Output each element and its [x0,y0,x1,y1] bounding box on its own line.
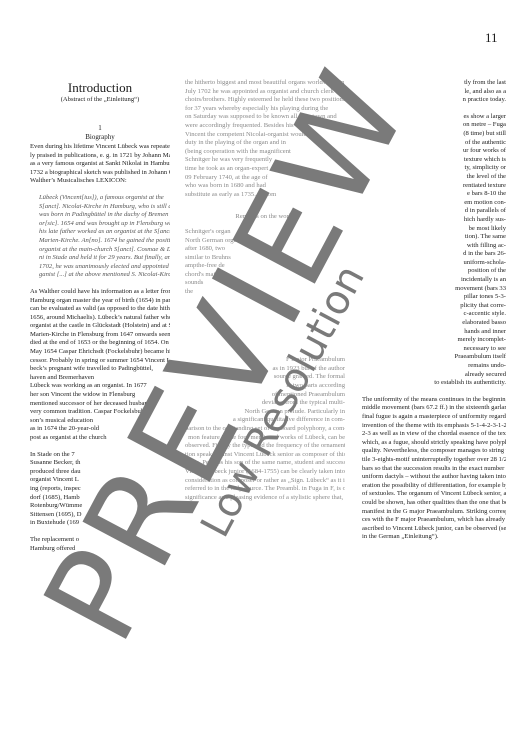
text-line: of mentioned Praeambulum [185,391,345,400]
introduction-subtitle: (Abstract of the „Einleitung“) [30,95,170,104]
text-line: uniform dactyls – without the author hav… [362,473,506,482]
quote-line: ganist [...] at the above mentioned S. N… [39,271,170,280]
text-line: on Saturday was supposed to be known all… [185,113,345,122]
text-line: Vincent Lübeck junior (1684-1755) can be… [185,468,345,477]
text-line: em motion con- [362,199,506,208]
text-line: North German prelude. Particularly in [185,408,345,417]
quote-line: his late father worked as an organist at… [39,228,170,237]
text-line: Vincent the competent Nicolai-organist w… [185,131,345,140]
text-line: 1732 a biographical sketch was published… [30,169,170,178]
text-line: quality. Nevertheless, the composer mana… [362,447,506,456]
text-line: a significant qualitative difference in … [185,416,345,425]
text-line: choirs/brothers. Highly esteemed he held… [185,96,345,105]
text-line: as in 1674 the 20-year-old [30,425,170,434]
text-line: in Buxtehude (169 [30,519,170,528]
section-title-biography: Biography [30,133,170,142]
block-quote-walther: Lübeck (Vincent[ius]), a famous organist… [30,194,170,280]
text-line: the level of the [362,173,506,182]
text-line: final fugue is again a masterpiece of un… [362,413,506,422]
text-line: 09 February 1740, at the age of [185,174,345,183]
text-line: substitute as early as 1735. Recom [185,191,345,200]
text-line: Schnitger he was very frequently [185,156,345,165]
text-line: be most likely [362,225,506,234]
text-line: ly praised in publications, e. g. in 172… [30,152,170,161]
page-number: 11 [485,30,498,46]
text-line: who was born in 1680 and had [185,182,345,191]
text-line: of the authentic [362,139,506,148]
text-line: May 1654 Caspar Ehrichsdt (Fockelsbuhr) … [30,348,170,357]
text-line: ascribed to Vincent Lübeck junior, can b… [362,525,506,534]
text-line: beck’s pregnant wife travelled to Pading… [30,365,170,374]
text-line: ces with the F major Praeambulum, which … [362,516,506,525]
text-line: d in the bars 26- [362,250,506,259]
paragraph-birth-year: As Walther could have his information as… [30,288,170,443]
text-line: Rotenburg/Wümme [30,502,170,511]
text-line: bars so that the succession results in t… [362,465,506,474]
text-line: As Walther could have his information as… [30,288,170,297]
text-line: d in parallels of [362,207,506,216]
text-line: in two parts according [185,382,345,391]
text-line: Sittensen (1695), D [30,511,170,520]
text-line: of sextuoles. The organum of Vincent Lüb… [362,490,506,499]
text-line: ing (reports, inspec [30,485,170,494]
text-line: Susanne Becker, th [30,459,170,468]
text-line: es show a larger [362,113,506,122]
text-line: dorf (1685), Hamb [30,494,170,503]
text-line: were accordingly frequented. Besides his… [185,122,345,131]
text-line: can be evaluated as valid (as opposed to… [30,305,170,314]
paragraph-right-1: tly from the last le, and also as a n pr… [362,79,506,105]
introduction-heading: Introduction (Abstract of the „Einleitun… [30,80,170,104]
text-line: could be shown, has other qualities than… [362,499,506,508]
text-line: with filling ac- [362,242,506,251]
text-line: hich hardly sus- [362,216,506,225]
text-line: ur four works of [362,147,506,156]
text-line: remains undo- [362,362,506,371]
text-line: the hitherto biggest and most beautiful … [185,79,345,88]
text-line: The replacement o [30,536,170,545]
text-line: pillar tones 5-3- [362,293,506,302]
paragraph-f-major-praeambulum: F major Praeambulum as in 1923 but of th… [185,356,345,502]
quote-line: Marien-Kirche. An[no]. 1674 he gained th… [39,237,170,246]
introduction-title: Introduction [30,80,170,95]
text-line: F major Praeambulum [185,356,345,365]
quote-line: was born in Padingbüttel in the duchy of… [39,211,170,220]
text-line: consideration as composer or rather as „… [185,477,345,486]
text-line: sounds [185,279,345,288]
text-line: Even during his lifetime Vincent Lübeck … [30,143,170,152]
text-line: uniform-schola- [362,259,506,268]
text-line: The uniformity of the means continues in… [362,396,506,405]
text-line: for 37 years whereby especially his play… [185,105,345,114]
text-line: parison to the outstanding set of keyboa… [185,425,345,434]
text-line: Hamburg offered [30,545,170,554]
text-line: incidentally is an [362,276,506,285]
text-line: merely incomplet- [362,336,506,345]
text-line: Schnitger's organ [185,228,345,237]
text-line: tion). The same [362,233,506,242]
quote-line: organist at the main-church S[anct]. Cos… [39,246,170,255]
quote-line: or[sic]. 1654 and was brought up in Flen… [39,220,170,229]
text-line: the [185,288,345,297]
text-line: to establish its authenticity. [362,379,506,388]
text-line: ampthe-free de [185,262,345,271]
text-line: similar to Bruhns [185,254,345,263]
text-line: cessor. Probably in spring or summer 165… [30,357,170,366]
text-line: referred to in the only source. The Prea… [185,485,345,494]
text-line: post as organist at the church [30,434,170,443]
left-column: Introduction (Abstract of the „Einleitun… [30,80,170,561]
paragraph-organ-works: Schnitger's organ North German organ aft… [185,228,345,297]
text-line: haven and Bremerhaven [30,374,170,383]
text-line: North German organ [185,237,345,246]
text-line: Lübeck was working as an organist. In 16… [30,382,170,391]
text-line: July 1702 he was appointed as organist a… [185,88,345,97]
text-line: ty, simplicity or [362,164,506,173]
quote-line: Lübeck (Vincent[ius]), a famous organist… [39,194,170,203]
text-line: (8 time) but still [362,130,506,139]
text-line: as in 1923 but of the author [185,365,345,374]
text-line: 2-3 as well as in view of the chordal es… [362,430,506,439]
text-line: manifest in the G major Praeambulum. Str… [362,508,506,517]
text-line: significance as a pleasing evidence of a… [185,494,345,503]
text-line: very common tradition. Caspar Fockelsbuh… [30,408,170,417]
quote-line: ni in Stade and held it for 29 years. Bu… [39,254,170,263]
text-line: rentiated texture [362,182,506,191]
paragraph-right-2: es show a larger on metre – Fuga (8 time… [362,113,506,388]
text-line: le, and also as a [362,88,506,97]
text-line: c-accentic style. [362,310,506,319]
paragraph-right-3: The uniformity of the means continues in… [362,396,506,542]
section-heading-remarks: Remarks on the works [185,213,345,222]
text-line: tly from the last [362,79,506,88]
text-line: produced three dau [30,468,170,477]
text-line: as a very famous organist at Sankt Nikol… [30,160,170,169]
text-line: piece. Perhaps his son of the same name,… [185,459,345,468]
text-line: source granted. The formal [185,373,345,382]
text-line: chord's major [185,271,345,280]
text-line: middle movement (bars 67.2 ff.) in the s… [362,404,506,413]
text-line: organist at the castle in Glückstadt (Ho… [30,322,170,331]
paragraph-hamburg-career: the hitherto biggest and most beautiful … [185,79,345,199]
text-line: tile 3-eights-motif uninterruptedly toge… [362,456,506,465]
text-line: which, as a fugue, should strictly speak… [362,439,506,448]
text-line: on metre – Fuga [362,121,506,130]
text-line: tion speak against Vincent Lübeck senior… [185,451,345,460]
paragraph-stade: In Stade on the 7 Susanne Becker, th pro… [30,451,170,528]
section-number: 1 [30,124,170,133]
text-line: Hamburg organ master the year of birth (… [30,297,170,306]
text-line: organist Vincent L [30,476,170,485]
text-line: plicity that corre- [362,302,506,311]
text-line: hands and inner [362,328,506,337]
text-line: Marien-Kirche in Flensburg from 1647 onw… [30,331,170,340]
quote-line: 1702, he was unanimously elected and app… [39,263,170,272]
text-line: necessary to see [362,345,506,354]
text-line: e bars 8-10 the [362,190,506,199]
quote-line: S[anct]. Nicolai-Kirche in Hamburg, who … [39,203,170,212]
paragraph-replacement: The replacement o Hamburg offered [30,536,170,553]
text-line: mon feature in the four mentioned works … [185,434,345,443]
text-line: after 1680, two [185,245,345,254]
text-line: son’s musical education [30,417,170,426]
text-line: elaborated basso [362,319,506,328]
text-line: (being cooperation with the magnificent [185,148,345,157]
text-line: 1656, around Michaelis). Lübeck’s natura… [30,314,170,323]
text-line: already secured [362,371,506,380]
text-line: n practice today. [362,96,506,105]
text-line: movement (bars 33 [362,285,506,294]
text-line: texture which is [362,156,506,165]
text-line: In Stade on the 7 [30,451,170,460]
middle-column: the hitherto biggest and most beautiful … [185,79,345,510]
text-line: invention of the theme with its emphasis… [362,422,506,431]
right-column: tly from the last le, and also as a n pr… [362,79,506,550]
paragraph-biography-intro: Even during his lifetime Vincent Lübeck … [30,143,170,186]
text-line: died at the end of 1653 or the beginning… [30,339,170,348]
text-line: eration the possibility of differentiati… [362,482,506,491]
text-line: deviates from the typical multi- [185,399,345,408]
text-line: mentioned successor of her deceased husb… [30,400,170,409]
text-line: Praeambulum itself [362,353,506,362]
text-line: time he took as an organ-expert [185,165,345,174]
text-line: in the German „Einleitung“). [362,533,506,542]
text-line: observed. Finally the type and the frequ… [185,442,345,451]
text-line: her son Vincent the widow in Flensburg [30,391,170,400]
text-line: duty in the playing of the organ and in [185,139,345,148]
text-line: position of the [362,267,506,276]
text-line: Walther’s Musicalisches LEXICON: [30,177,170,186]
